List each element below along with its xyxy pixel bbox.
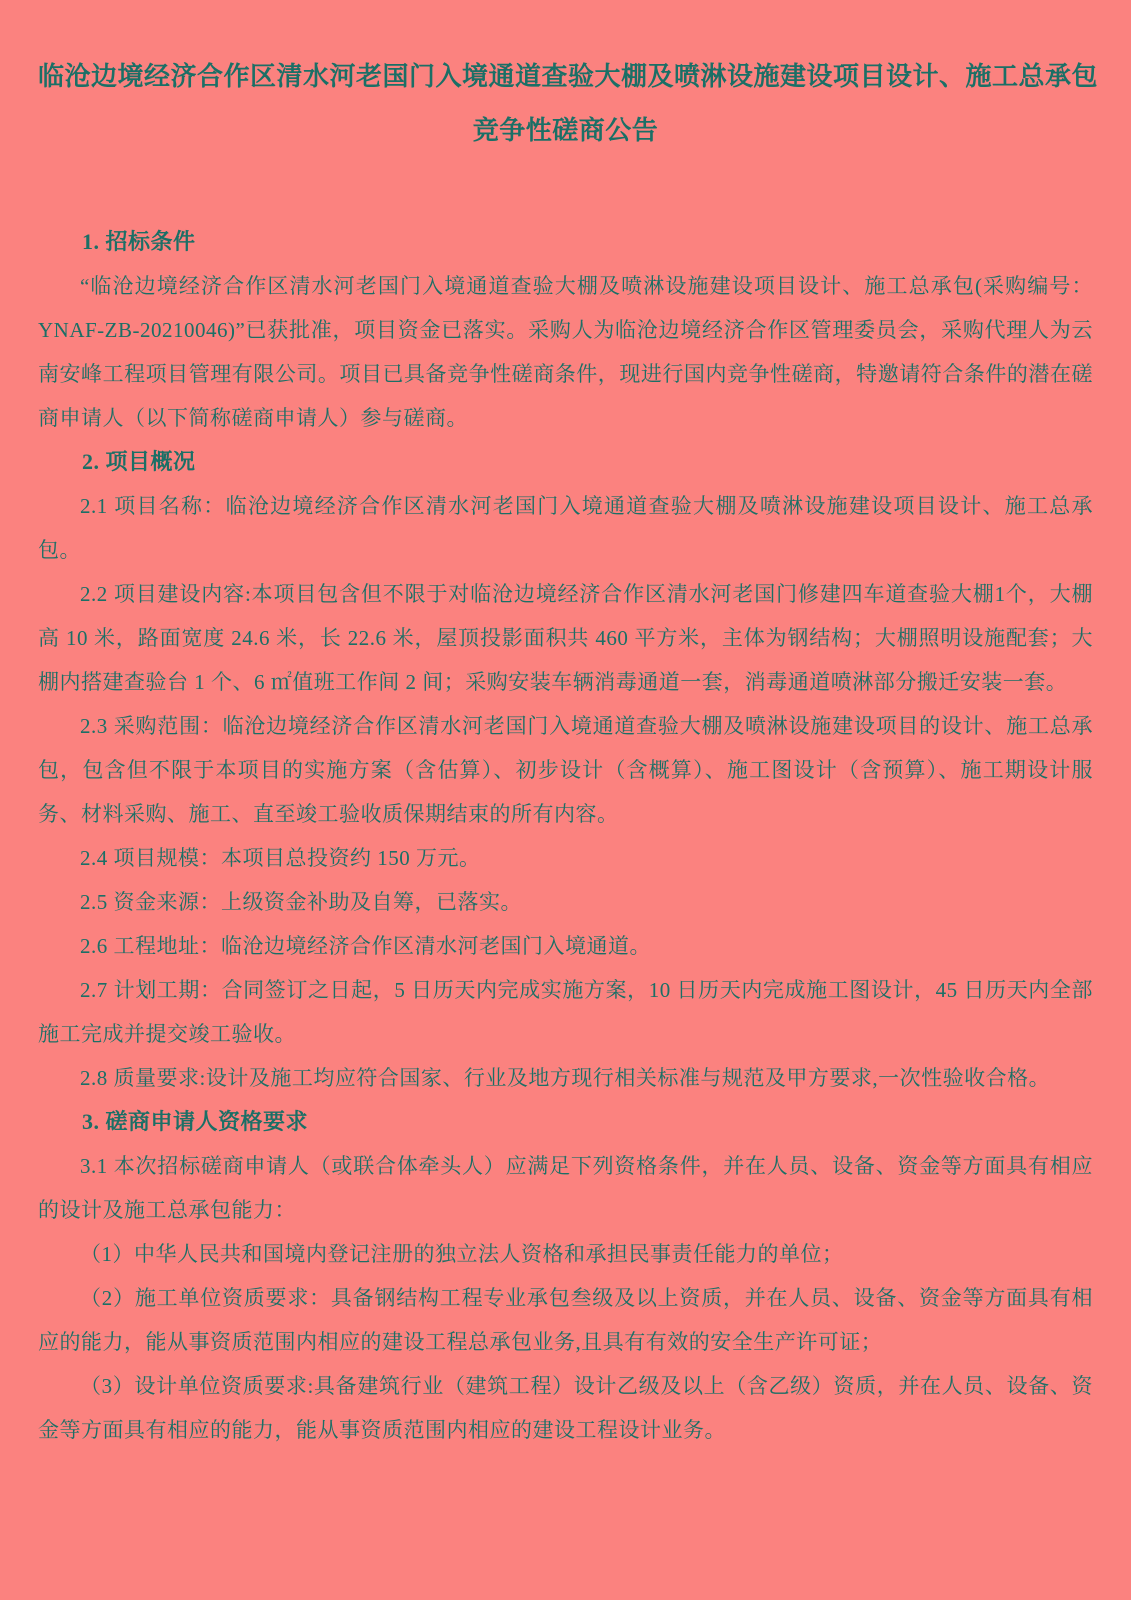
paragraph-funding-source: 2.5 资金来源：上级资金补助及自筹，已落实。 bbox=[38, 880, 1093, 924]
document-title-line-2: 竞争性磋商公告 bbox=[38, 104, 1093, 158]
section-heading-tender-conditions: 1. 招标条件 bbox=[38, 220, 1093, 264]
document: 临沧边境经济合作区清水河老国门入境通道查验大棚及喷淋设施建设项目设计、施工总承包… bbox=[0, 0, 1131, 1600]
paragraph-qualification-item-2: （2）施工单位资质要求：具备钢结构工程专业承包叁级及以上资质，并在人员、设备、资… bbox=[38, 1276, 1093, 1364]
paragraph-construction-content: 2.2 项目建设内容:本项目包含但不限于对临沧边境经济合作区清水河老国门修建四车… bbox=[38, 572, 1093, 704]
paragraph-procurement-scope: 2.3 采购范围：临沧边境经济合作区清水河老国门入境通道查验大棚及喷淋设施建设项… bbox=[38, 704, 1093, 836]
paragraph-tender-conditions: “临沧边境经济合作区清水河老国门入境通道查验大棚及喷淋设施建设项目设计、施工总承… bbox=[38, 264, 1093, 440]
paragraph-qualification-item-3: （3）设计单位资质要求:具备建筑行业（建筑工程）设计乙级及以上（含乙级）资质，并… bbox=[38, 1364, 1093, 1452]
paragraph-project-name: 2.1 项目名称：临沧边境经济合作区清水河老国门入境通道查验大棚及喷淋设施建设项… bbox=[38, 484, 1093, 572]
paragraph-quality-requirements: 2.8 质量要求:设计及施工均应符合国家、行业及地方现行相关标准与规范及甲方要求… bbox=[38, 1056, 1093, 1100]
paragraph-project-scale: 2.4 项目规模：本项目总投资约 150 万元。 bbox=[38, 836, 1093, 880]
document-title-line-1: 临沧边境经济合作区清水河老国门入境通道查验大棚及喷淋设施建设项目设计、施工总承包 bbox=[38, 50, 1093, 104]
document-title: 临沧边境经济合作区清水河老国门入境通道查验大棚及喷淋设施建设项目设计、施工总承包… bbox=[38, 50, 1093, 158]
section-heading-project-overview: 2. 项目概况 bbox=[38, 440, 1093, 484]
paragraph-qualification-item-1: （1）中华人民共和国境内登记注册的独立法人资格和承担民事责任能力的单位； bbox=[38, 1232, 1093, 1276]
paragraph-project-address: 2.6 工程地址：临沧边境经济合作区清水河老国门入境通道。 bbox=[38, 924, 1093, 968]
paragraph-qualification-conditions: 3.1 本次招标磋商申请人（或联合体牵头人）应满足下列资格条件，并在人员、设备、… bbox=[38, 1144, 1093, 1232]
paragraph-planned-schedule: 2.7 计划工期：合同签订之日起，5 日历天内完成实施方案，10 日历天内完成施… bbox=[38, 968, 1093, 1056]
section-heading-applicant-qualifications: 3. 磋商申请人资格要求 bbox=[38, 1100, 1093, 1144]
